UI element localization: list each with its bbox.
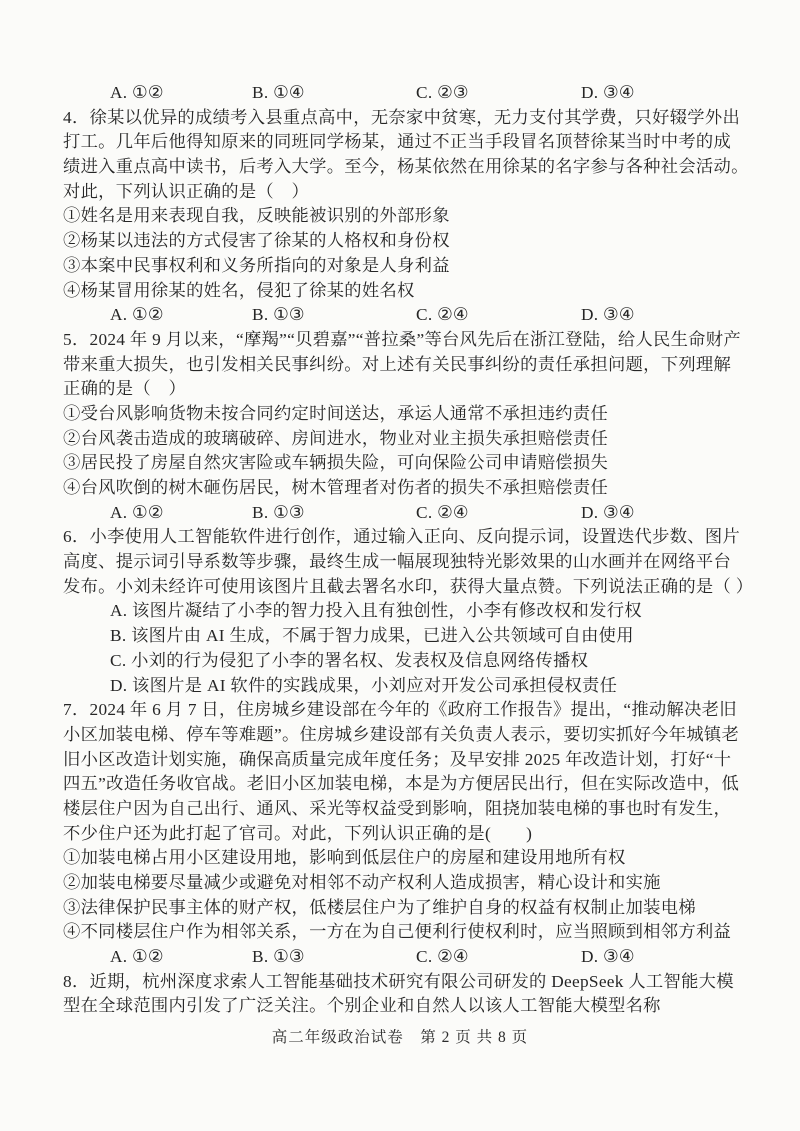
q3-answer-d: D. ③④ bbox=[581, 81, 635, 106]
q4-statement-1: ①姓名是用来表现自我，反映能被识别的外部形象 bbox=[63, 204, 737, 229]
q4-statement-2: ②杨某以违法的方式侵害了徐某的人格权和身份权 bbox=[63, 229, 737, 254]
q5-stem-line-3: 正确的是（ ） bbox=[63, 377, 737, 402]
q5-statement-2: ②台风袭击造成的玻璃破碎、房间进水，物业对业主损失承担赔偿责任 bbox=[63, 427, 737, 452]
q7-answer-c: C. ②④ bbox=[416, 945, 581, 970]
q5-answer-c: C. ②④ bbox=[416, 501, 581, 526]
q3-answer-b: B. ①④ bbox=[252, 81, 416, 106]
q7-answer-a: A. ①② bbox=[110, 945, 252, 970]
q4-statement-3: ③本案中民事权利和义务所指向的对象是人身利益 bbox=[63, 254, 737, 279]
q7-stem-line-1: 7．2024 年 6 月 7 日，住房城乡建设部在今年的《政府工作报告》提出，“… bbox=[63, 698, 737, 723]
q5-statement-1: ①受台风影响货物未按合同约定时间送达，承运人通常不承担违约责任 bbox=[63, 402, 737, 427]
q7-stem-line-3: 旧小区改造计划实施，确保高质量完成年度任务；及早安排 2025 年改造计划，打好… bbox=[63, 748, 737, 773]
q4-statement-4: ④杨某冒用徐某的姓名，侵犯了徐某的姓名权 bbox=[63, 279, 737, 304]
q6-choice-c: C. 小刘的行为侵犯了小李的署名权、发表权及信息网络传播权 bbox=[63, 649, 737, 674]
q6-stem-line-1: 6．小李使用人工智能软件进行创作，通过输入正向、反向提示词，设置迭代步数、图片 bbox=[63, 525, 737, 550]
q6-choice-a: A. 该图片凝结了小李的智力投入且有独创性，小李有修改权和发行权 bbox=[63, 599, 737, 624]
q7-stem-line-2: 小区加装电梯、停车等难题”。住房城乡建设部有关负责人表示，要切实抓好今年城镇老 bbox=[63, 723, 737, 748]
q4-answer-d: D. ③④ bbox=[581, 303, 635, 328]
q4-stem-line-3: 绩进入重点高中读书，后考入大学。至今，杨某依然在用徐某的名字参与各种社会活动。 bbox=[63, 155, 737, 180]
exam-page: A. ①②B. ①④C. ②③D. ③④ 4．徐某以优异的成绩考入县重点高中，无… bbox=[0, 0, 800, 1131]
q7-answer-d: D. ③④ bbox=[581, 945, 635, 970]
q6-choice-d: D. 该图片是 AI 软件的实践成果，小刘应对开发公司承担侵权责任 bbox=[63, 674, 737, 699]
q4-stem-line-1: 4．徐某以优异的成绩考入县重点高中，无奈家中贫寒，无力支付其学费，只好辍学外出 bbox=[63, 106, 737, 131]
q8-stem-line-2: 型在全球范围内引发了广泛关注。个别企业和自然人以该人工智能大模型名称 bbox=[63, 994, 737, 1019]
q4-stem-line-2: 打工。几年后他得知原来的同班同学杨某，通过不正当手段冒名顶替徐某当时中考的成 bbox=[63, 130, 737, 155]
q7-stem-line-6: 不少住户还为此打起了官司。对此，下列认识正确的是( ) bbox=[63, 822, 737, 847]
q4-answer-b: B. ①③ bbox=[252, 303, 416, 328]
q4-answer-c: C. ②④ bbox=[416, 303, 581, 328]
q7-stem-line-4: 四五”改造任务收官战。老旧小区加装电梯，本是为方便居民出行，但在实际改造中，低 bbox=[63, 772, 737, 797]
q4-answer-row: A. ①②B. ①③C. ②④D. ③④ bbox=[63, 303, 737, 328]
q8-stem-line-1: 8．近期，杭州深度求索人工智能基础技术研究有限公司研发的 DeepSeek 人工… bbox=[63, 970, 737, 995]
q7-statement-1: ①加装电梯占用小区建设用地，影响到低层住户的房屋和建设用地所有权 bbox=[63, 846, 737, 871]
q7-statement-2: ②加装电梯要尽量减少或避免对相邻不动产权利人造成损害，精心设计和实施 bbox=[63, 871, 737, 896]
q7-answer-b: B. ①③ bbox=[252, 945, 416, 970]
q3-answer-c: C. ②③ bbox=[416, 81, 581, 106]
q6-choice-b: B. 该图片由 AI 生成，不属于智力成果，已进入公共领域可自由使用 bbox=[63, 624, 737, 649]
q5-answer-a: A. ①② bbox=[110, 501, 252, 526]
q5-statement-4: ④台风吹倒的树木砸伤居民，树木管理者对伤者的损失不承担赔偿责任 bbox=[63, 476, 737, 501]
q5-answer-row: A. ①②B. ①③C. ②④D. ③④ bbox=[63, 501, 737, 526]
q7-stem-line-5: 楼层住户因为自己出行、通风、采光等权益受到影响，阻挠加装电梯的事也时有发生， bbox=[63, 797, 737, 822]
page-footer: 高二年级政治试卷 第 2 页 共 8 页 bbox=[63, 1028, 737, 1048]
q5-stem-line-2: 带来重大损失，也引发相关民事纠纷。对上述有关民事纠纷的责任承担问题，下列理解 bbox=[63, 353, 737, 378]
q5-statement-3: ③居民投了房屋自然灾害险或车辆损失险，可向保险公司申请赔偿损失 bbox=[63, 451, 737, 476]
q6-stem-line-2: 高度、提示词引导系数等步骤，最终生成一幅展现独特光影效果的山水画并在网络平台 bbox=[63, 550, 737, 575]
q5-answer-d: D. ③④ bbox=[581, 501, 635, 526]
q7-statement-4: ④不同楼层住户作为相邻关系，一方在为自己便利行使权利时，应当照顾到相邻方利益 bbox=[63, 920, 737, 945]
q4-stem-line-4: 对此，下列认识正确的是（ ） bbox=[63, 180, 737, 205]
q3-answer-a: A. ①② bbox=[110, 81, 252, 106]
q6-stem-line-3: 发布。小刘未经许可使用该图片且截去署名水印，获得大量点赞。下列说法正确的是（ ） bbox=[63, 575, 737, 600]
q5-stem-line-1: 5．2024 年 9 月以来，“摩羯”“贝碧嘉”“普拉桑”等台风先后在浙江登陆，… bbox=[63, 328, 737, 353]
q7-statement-3: ③法律保护民事主体的财产权，低楼层住户为了维护自身的权益有权制止加装电梯 bbox=[63, 896, 737, 921]
q7-answer-row: A. ①②B. ①③C. ②④D. ③④ bbox=[63, 945, 737, 970]
q5-answer-b: B. ①③ bbox=[252, 501, 416, 526]
q3-answer-row: A. ①②B. ①④C. ②③D. ③④ bbox=[63, 81, 737, 106]
q4-answer-a: A. ①② bbox=[110, 303, 252, 328]
